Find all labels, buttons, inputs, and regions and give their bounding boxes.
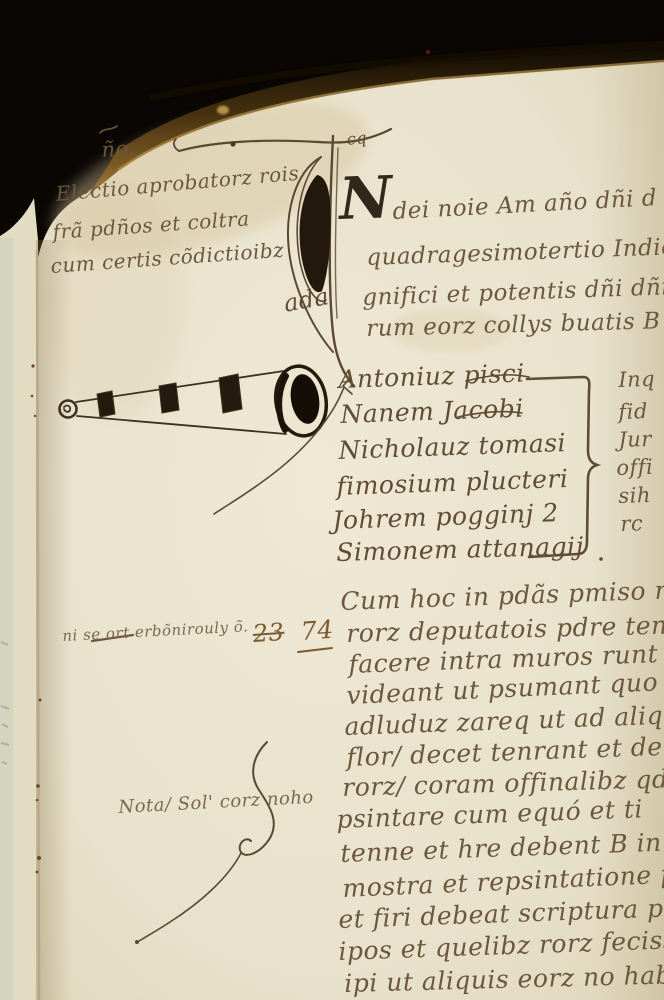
margin-top-note: ño. <box>101 138 136 161</box>
previous-page-edge <box>0 198 38 1000</box>
gutter-fold <box>31 240 72 1000</box>
ink-stains <box>217 106 229 115</box>
name-entry: Nicholauz tomasi <box>338 430 566 463</box>
red-speck <box>426 50 430 54</box>
name-entry: Nanem Jacobi <box>340 396 524 427</box>
initial-flourish-glyph: cq <box>346 130 368 148</box>
right-column-fragment: fid <box>618 401 648 423</box>
name-entry: Johrem pogginj 2 <box>332 500 559 533</box>
initial-letter: N <box>338 168 394 228</box>
name-entry: fimosium plucteri <box>336 466 569 499</box>
name-entry: Simonem attanagij <box>336 534 584 565</box>
right-column-fragment: rc <box>620 513 644 535</box>
manuscript-photo: ño. Electio aprobatorz rois frã pdños et… <box>0 0 664 1000</box>
right-column-fragment: sih <box>618 485 651 507</box>
right-column-fragment: Jur <box>618 429 652 451</box>
name-entry: Antoniuz pisci <box>338 360 525 391</box>
mid-margin-struck-number: 23 <box>252 620 285 646</box>
ada-mark: ada <box>282 284 331 316</box>
right-column-fragment: Inq <box>618 369 655 391</box>
mid-margin-number: 74 <box>300 617 334 644</box>
right-column-fragment: offi <box>616 457 654 479</box>
